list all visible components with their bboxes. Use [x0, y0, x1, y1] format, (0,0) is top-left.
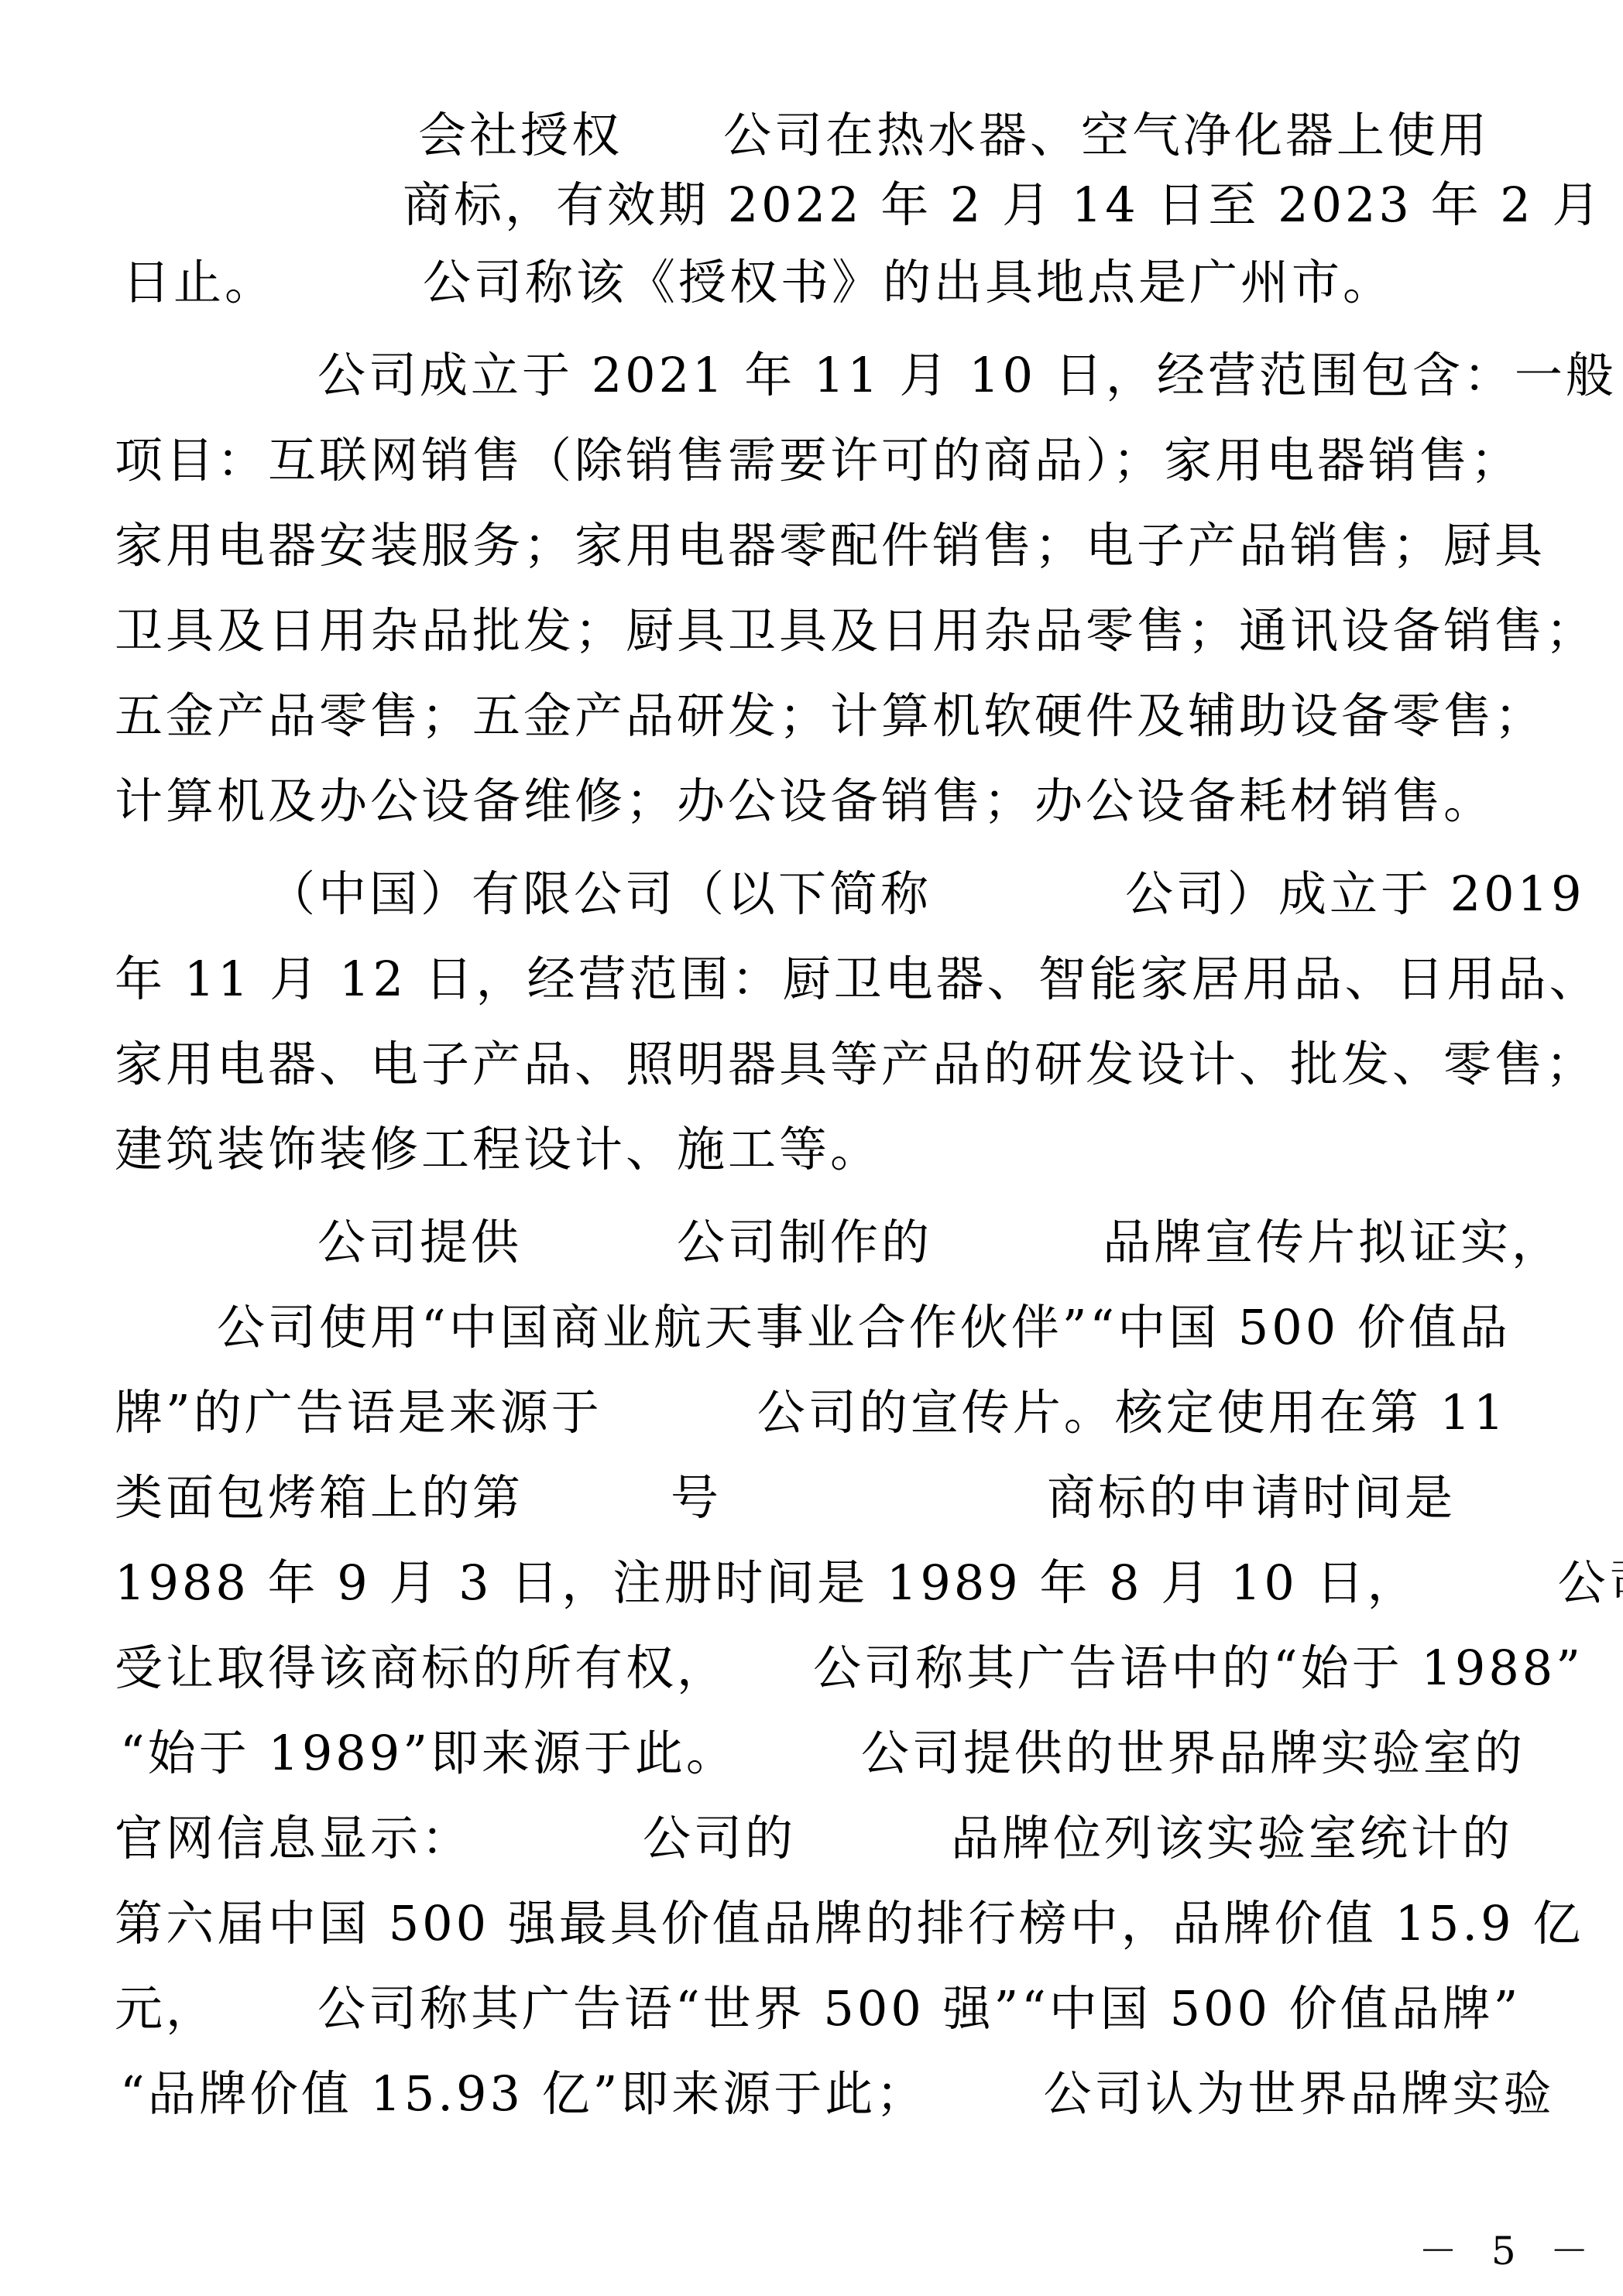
- text-run: 公司制作的: [677, 1208, 932, 1277]
- blank-gap: [932, 859, 1125, 860]
- text-line: 商标，有效期 2022 年 2 月 14 日至 2023 年 2 月 13: [403, 170, 1623, 240]
- text-line: 公司提供公司制作的品牌宣传片拟证实，: [317, 1208, 1563, 1277]
- text-run: 品牌宣传片拟证实，: [1103, 1208, 1563, 1277]
- text-line: 公司成立于 2021 年 11 月 10 日，经营范围包含：一般: [317, 341, 1617, 410]
- text-line: 家用电器、电子产品、照明器具等产品的研发设计、批发、零售；: [115, 1030, 1597, 1099]
- text-run: 第六届中国 500 强最具价值品牌的排行榜中，品牌价值 15.9 亿: [115, 1889, 1584, 1958]
- text-run: 建筑装饰装修工程设计、施工等。: [115, 1115, 881, 1184]
- text-run: 公司认为世界品牌实验: [1043, 2059, 1554, 2129]
- text-run: 牌”的广告语是来源于: [115, 1378, 602, 1448]
- text-run: 公司提供: [317, 1208, 522, 1277]
- text-line: 元，公司称其广告语“世界 500 强”“中国 500 价值品牌”: [115, 1974, 1521, 2044]
- text-run: 商标，有效期 2022 年 2 月 14 日至 2023 年 2 月 13: [403, 170, 1623, 240]
- text-run: 官网信息显示：: [115, 1804, 472, 1873]
- blank-gap: [1419, 1548, 1558, 1549]
- text-line: 卫具及日用杂品批发；厨具卫具及日用杂品零售；通讯设备销售；: [115, 596, 1597, 666]
- text-run: 公司的: [643, 1804, 796, 1873]
- text-run: 会社授权: [418, 101, 623, 170]
- text-line: “品牌价值 15.93 亿”即来源于此；公司认为世界品牌实验: [120, 2059, 1554, 2129]
- text-run: “品牌价值 15.93 亿”即来源于此；: [120, 2059, 927, 2129]
- text-run: 品牌位列该实验室统计的: [951, 1804, 1513, 1873]
- text-run: 公司提供的世界品牌实验室的: [861, 1719, 1525, 1788]
- text-run: 公司称其广告语“世界 500 强”“中国 500 价值品牌”: [317, 1974, 1521, 2044]
- text-line: 家用电器安装服务；家用电器零配件销售；电子产品销售；厨具: [115, 511, 1546, 581]
- text-run: 公司的宣传片。核定使用在第 11: [757, 1378, 1508, 1448]
- text-run: 卫具及日用杂品批发；厨具卫具及日用杂品零售；通讯设备销售；: [115, 596, 1597, 666]
- text-run: 元，: [115, 1974, 217, 2044]
- blank-gap: [472, 1804, 643, 1804]
- text-run: 家用电器、电子产品、照明器具等产品的研发设计、批发、零售；: [115, 1030, 1597, 1099]
- text-line: 牌”的广告语是来源于公司的宣传片。核定使用在第 11: [115, 1378, 1507, 1448]
- text-line: 年 11 月 12 日，经营范围：厨卫电器、智能家居用品、日用品、: [115, 944, 1601, 1014]
- blank-gap: [602, 1378, 757, 1379]
- text-run: 1988 年 9 月 3 日，注册时间是 1989 年 8 月 10 日，: [115, 1548, 1419, 1618]
- text-run: 公司: [1558, 1548, 1623, 1618]
- text-run: 号: [671, 1463, 722, 1533]
- blank-gap: [522, 1208, 677, 1208]
- text-line: 建筑装饰装修工程设计、施工等。: [115, 1115, 881, 1184]
- text-run: 计算机及办公设备维修；办公设备销售；办公设备耗材销售。: [115, 766, 1494, 836]
- text-run: （中国）有限公司（以下简称: [267, 859, 932, 929]
- text-run: 公司）成立于 2019: [1125, 859, 1585, 929]
- blank-gap: [276, 248, 423, 248]
- blank-gap: [523, 1463, 671, 1464]
- blank-gap: [728, 1633, 813, 1634]
- text-line: （中国）有限公司（以下简称公司）成立于 2019: [267, 859, 1585, 929]
- text-run: 受让取得该商标的所有权，: [115, 1633, 728, 1703]
- text-run: 公司在热水器、空气净化器上使用: [723, 101, 1490, 170]
- blank-gap: [737, 1719, 861, 1719]
- text-line: 会社授权公司在热水器、空气净化器上使用: [418, 101, 1490, 170]
- text-line: 官网信息显示：公司的品牌位列该实验室统计的: [115, 1804, 1513, 1873]
- text-run: 商标的申请时间是: [1047, 1463, 1456, 1533]
- text-run: 家用电器安装服务；家用电器零配件销售；电子产品销售；厨具: [115, 511, 1546, 581]
- text-run: 年 11 月 12 日，经营范围：厨卫电器、智能家居用品、日用品、: [115, 944, 1601, 1014]
- blank-gap: [932, 1208, 1103, 1208]
- text-run: 公司成立于 2021 年 11 月 10 日，经营范围包含：一般: [317, 341, 1617, 410]
- text-line: 五金产品零售；五金产品研发；计算机软硬件及辅助设备零售；: [115, 681, 1546, 751]
- text-run: 公司使用“中国商业航天事业合作伙伴”“中国 500 价值品: [217, 1293, 1511, 1362]
- blank-gap: [927, 2059, 1043, 2060]
- text-run: 公司称其广告语中的“始于 1988”: [813, 1633, 1584, 1703]
- text-line: 类面包烤箱上的第号商标的申请时间是: [115, 1463, 1456, 1533]
- blank-gap: [623, 101, 723, 101]
- blank-gap: [217, 1974, 317, 1975]
- page-number: － 5 －: [1419, 2228, 1600, 2274]
- text-run: 五金产品零售；五金产品研发；计算机软硬件及辅助设备零售；: [115, 681, 1546, 751]
- text-run: 类面包烤箱上的第: [115, 1463, 523, 1533]
- text-line: 公司使用“中国商业航天事业合作伙伴”“中国 500 价值品: [217, 1293, 1511, 1362]
- text-run: 公司称该《授权书》的出具地点是广州市。: [423, 248, 1394, 317]
- text-run: 项目：互联网销售（除销售需要许可的商品）；家用电器销售；: [115, 426, 1522, 495]
- text-line: 日止。公司称该《授权书》的出具地点是广州市。: [122, 248, 1394, 317]
- text-run: 日止。: [122, 248, 276, 317]
- text-run: “始于 1989”即来源于此。: [120, 1719, 737, 1788]
- text-line: 1988 年 9 月 3 日，注册时间是 1989 年 8 月 10 日，公司: [115, 1548, 1623, 1618]
- document-page: 会社授权公司在热水器、空气净化器上使用商标，有效期 2022 年 2 月 14 …: [0, 0, 1623, 2296]
- text-line: 受让取得该商标的所有权，公司称其广告语中的“始于 1988”: [115, 1633, 1584, 1703]
- blank-gap: [722, 1463, 1047, 1464]
- blank-gap: [796, 1804, 951, 1804]
- text-line: “始于 1989”即来源于此。公司提供的世界品牌实验室的: [120, 1719, 1525, 1788]
- text-line: 计算机及办公设备维修；办公设备销售；办公设备耗材销售。: [115, 766, 1494, 836]
- text-line: 第六届中国 500 强最具价值品牌的排行榜中，品牌价值 15.9 亿: [115, 1889, 1584, 1958]
- text-line: 项目：互联网销售（除销售需要许可的商品）；家用电器销售；: [115, 426, 1522, 495]
